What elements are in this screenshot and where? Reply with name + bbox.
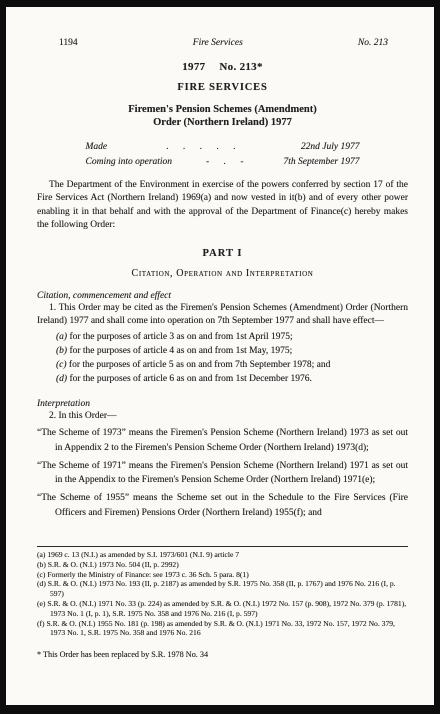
section-2-intro: 2. In this Order—	[37, 410, 408, 423]
made-label: Made	[86, 142, 108, 152]
footnote-text: S.R. & O. (N.I.) 1971 No. 33 (p. 224) as…	[47, 599, 406, 618]
category-heading: FIRE SERVICES	[37, 82, 408, 93]
footnote-label: (b)	[37, 560, 46, 569]
doc-number: 1977No. 213*	[37, 61, 408, 73]
list-item: (a) for the purposes of article 3 as on …	[56, 331, 408, 345]
order-title: Firemen's Pension Schemes (Amendment) Or…	[37, 103, 408, 129]
operation-value: 7th September 1977	[284, 157, 360, 167]
definition: “The Scheme of 1955” means the Scheme se…	[37, 491, 408, 521]
operation-dots: - . -	[172, 157, 283, 167]
item-text: for the purposes of article 3 as on and …	[69, 332, 292, 342]
page-header: 1194 Fire Services No. 213	[37, 38, 408, 48]
doc-number-year: 1977	[182, 61, 205, 73]
made-row: Made . . . . . 22nd July 1977	[86, 142, 360, 152]
item-text: for the purposes of article 5 as on and …	[69, 360, 330, 370]
list-item: (d) for the purposes of article 6 as on …	[56, 373, 408, 387]
made-dots: . . . . .	[107, 142, 301, 152]
item-label: (b)	[56, 346, 67, 356]
footnote: (c) Formerly the Ministry of Finance: se…	[37, 570, 408, 580]
footnote-label: (d)	[37, 579, 46, 588]
item-label: (c)	[56, 360, 67, 370]
footnote: (d) S.R. & O. (N.I.) 1973 No. 193 (II, p…	[37, 579, 408, 599]
footnote: (a) 1969 c. 13 (N.I.) as amended by S.I.…	[37, 550, 408, 560]
replacement-note: * This Order has been replaced by S.R. 1…	[37, 650, 408, 660]
operation-row: Coming into operation - . - 7th Septembe…	[86, 157, 360, 167]
item-text: for the purposes of article 6 as on and …	[69, 374, 311, 384]
made-value: 22nd July 1977	[301, 142, 360, 152]
footnote-label: (a)	[37, 550, 45, 559]
footnote: (b) S.R. & O. (N.I.) 1973 No. 504 (II, p…	[37, 560, 408, 570]
scan-frame: 1194 Fire Services No. 213 1977No. 213* …	[0, 0, 440, 714]
item-text: for the purposes of article 4 as on and …	[69, 346, 292, 356]
footnote-label: (e)	[37, 599, 45, 608]
page-number: 1194	[59, 38, 78, 48]
operation-label: Coming into operation	[86, 157, 173, 167]
item-label: (d)	[56, 374, 67, 384]
footnote-text: Formerly the Ministry of Finance: see 19…	[47, 570, 248, 579]
footnote: (e) S.R. & O. (N.I.) 1971 No. 33 (p. 224…	[37, 599, 408, 619]
item-label: (a)	[56, 332, 67, 342]
footnote-label: (c)	[37, 570, 45, 579]
footnote-rule	[37, 546, 408, 547]
footnote-text: 1969 c. 13 (N.I.) as amended by S.I. 197…	[47, 550, 239, 559]
footnote-text: S.R. & O. (N.I.) 1973 No. 504 (II, p. 29…	[48, 560, 179, 569]
definitions-block: “The Scheme of 1973” means the Firemen's…	[37, 426, 408, 521]
footnote-label: (f)	[37, 619, 45, 628]
list-item: (b) for the purposes of article 4 as on …	[56, 345, 408, 359]
footnote-text: S.R. & O. (N.I.) 1955 No. 181 (p. 198) a…	[47, 619, 395, 638]
running-title: Fire Services	[193, 38, 243, 48]
running-number: No. 213	[358, 38, 388, 48]
section-1-heading: Citation, commencement and effect	[37, 291, 408, 301]
section-2-heading: Interpretation	[37, 399, 408, 409]
section-1-intro: 1. This Order may be cited as the Fireme…	[37, 302, 408, 329]
footnote-block: (a) 1969 c. 13 (N.I.) as amended by S.I.…	[37, 546, 408, 660]
doc-number-value: No. 213*	[219, 61, 262, 73]
footnote: (f) S.R. & O. (N.I.) 1955 No. 181 (p. 19…	[37, 619, 408, 639]
part-heading: PART I	[37, 248, 408, 259]
definition: “The Scheme of 1973” means the Firemen's…	[37, 426, 408, 456]
preamble: The Department of the Environment in exe…	[37, 179, 408, 233]
order-title-line2: Order (Northern Ireland) 1977	[37, 116, 408, 129]
effect-list: (a) for the purposes of article 3 as on …	[37, 331, 408, 386]
list-item: (c) for the purposes of article 5 as on …	[56, 359, 408, 373]
footnote-text: S.R. & O. (N.I.) 1973 No. 193 (II, p. 21…	[48, 579, 396, 598]
part-subheading: Citation, Operation and Interpretation	[37, 268, 408, 279]
dates-block: Made . . . . . 22nd July 1977 Coming int…	[86, 142, 360, 167]
document-page: 1194 Fire Services No. 213 1977No. 213* …	[6, 7, 434, 705]
definition: “The Scheme of 1971” means the Firemen's…	[37, 459, 408, 489]
order-title-line1: Firemen's Pension Schemes (Amendment)	[37, 103, 408, 116]
